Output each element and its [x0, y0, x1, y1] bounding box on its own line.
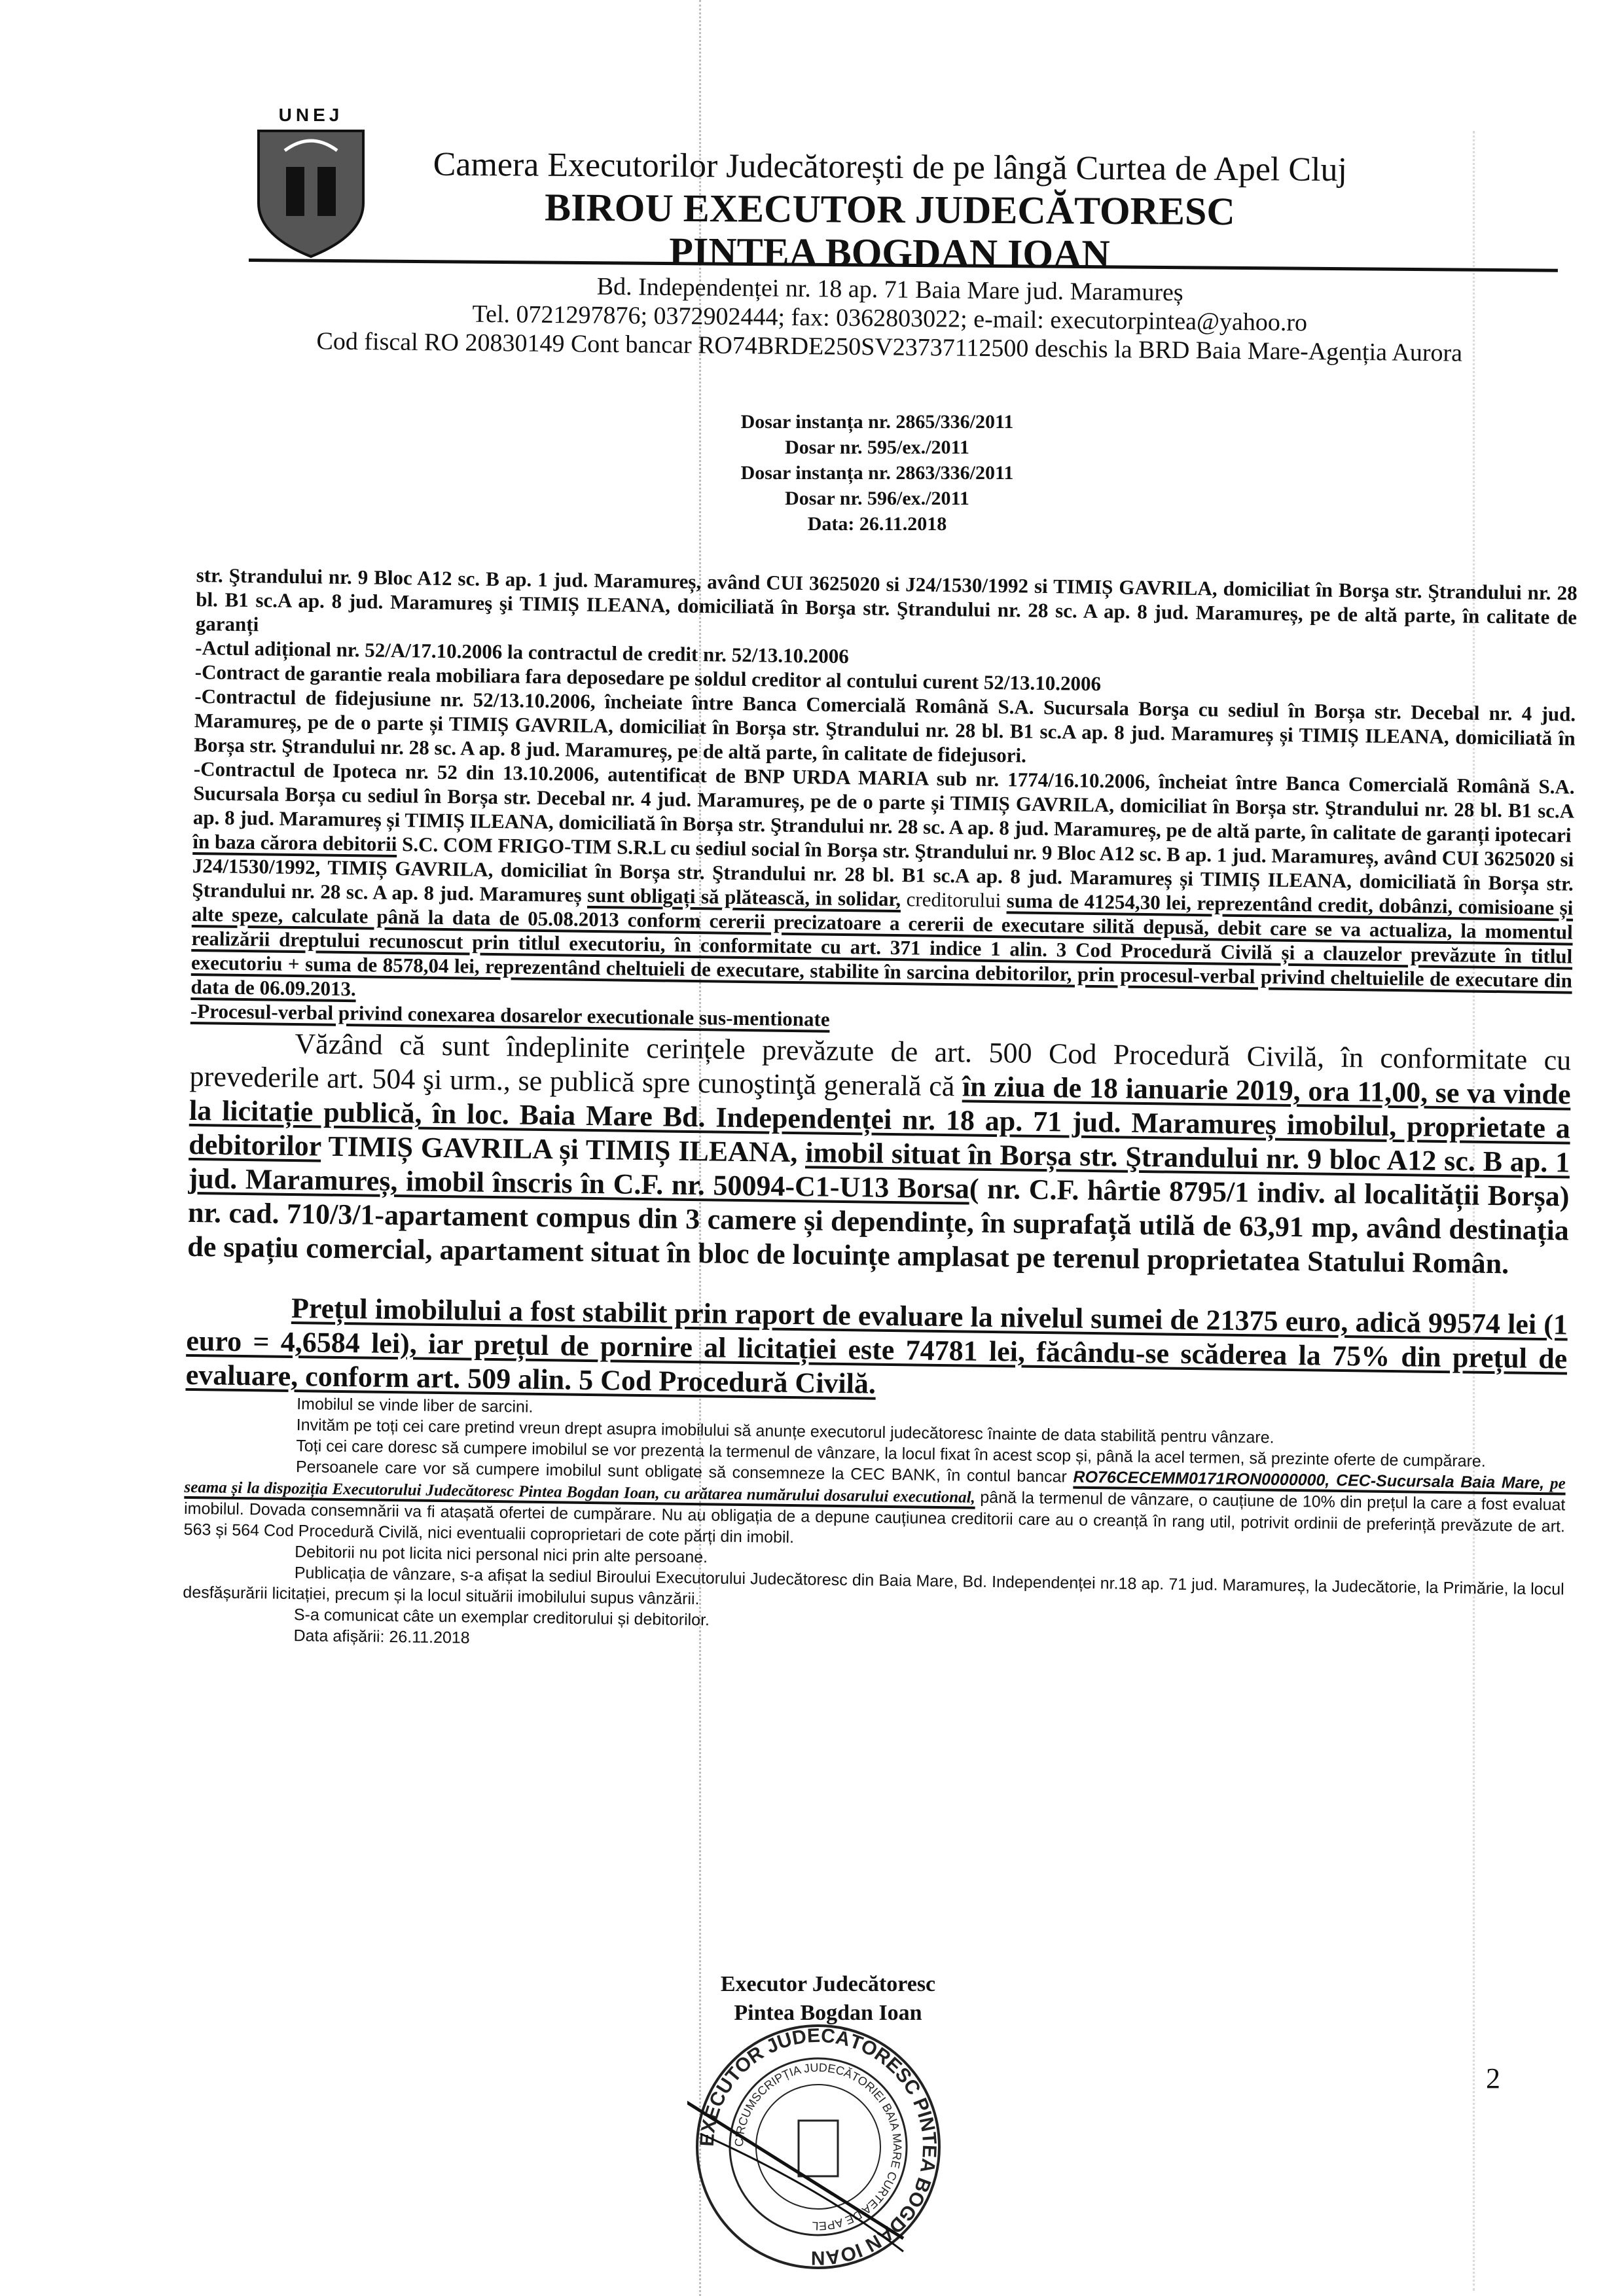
- chamber-name: Camera Executorilor Judecătorești de pe …: [367, 144, 1414, 191]
- bailiff-name: PINTEA BOGDAN IOAN: [366, 228, 1413, 278]
- obligation-creditor: creditorului: [901, 888, 1007, 912]
- sale-debtors: TIMIȘ GAVRILA și TIMIȘ ILEANA,: [321, 1130, 806, 1169]
- price-paragraph: Prețul imobilului a fost stabilit prin r…: [185, 1290, 1568, 1410]
- case-references: Dosar instanța nr. 2865/336/2011 Dosar n…: [681, 409, 1074, 537]
- coat-of-arms-icon: [245, 105, 376, 262]
- unej-logo: UNEJ: [245, 105, 376, 262]
- signature-title: Executor Judecătoresc: [710, 1970, 946, 1999]
- obligation-lead: în baza cărora debitorii: [192, 830, 397, 855]
- obligation-paragraph: în baza cărora debitorii S.C. COM FRIGO-…: [190, 829, 1574, 1017]
- document-body: str. Ştrandului nr. 9 Bloc A12 sc. B ap.…: [182, 563, 1577, 1662]
- court-case-1: Dosar instanța nr. 2865/336/2011: [681, 409, 1074, 435]
- office-name: BIROU EXECUTOR JUDECĂTORESC: [366, 185, 1413, 234]
- court-case-2: Dosar instanța nr. 2863/336/2011: [681, 460, 1074, 486]
- bank-account: RO76CECEMM0171RON0000000, CEC-Sucursala …: [1073, 1468, 1544, 1492]
- sale-paragraph: Văzând că sunt îndeplinite cerințele pre…: [187, 1026, 1572, 1282]
- notices: Imobilul se vinde liber de sarcini. Invi…: [182, 1392, 1566, 1663]
- sale-announcement: Văzând că sunt îndeplinite cerințele pre…: [187, 1026, 1572, 1282]
- price-text: Prețul imobilului a fost stabilit prin r…: [185, 1292, 1568, 1400]
- contact-block: Bd. Independenței nr. 18 ap. 71 Baia Mar…: [235, 268, 1545, 368]
- enforcement-titles: str. Ştrandului nr. 9 Bloc A12 sc. B ap.…: [190, 563, 1578, 1041]
- exec-case-2: Dosar nr. 596/ex./2011: [681, 486, 1074, 511]
- letterhead: Camera Executorilor Judecătorești de pe …: [366, 144, 1414, 278]
- official-stamp-icon: EXECUTOR JUDECĂTORESC PINTEA BOGDAN IOAN…: [687, 2016, 949, 2278]
- exec-case-1: Dosar nr. 595/ex./2011: [681, 435, 1074, 460]
- document-date: Data: 26.11.2018: [681, 511, 1074, 537]
- page-number: 2: [1486, 2062, 1500, 2095]
- obligation-clause: sunt obligați să plătească, in solidar,: [587, 884, 901, 910]
